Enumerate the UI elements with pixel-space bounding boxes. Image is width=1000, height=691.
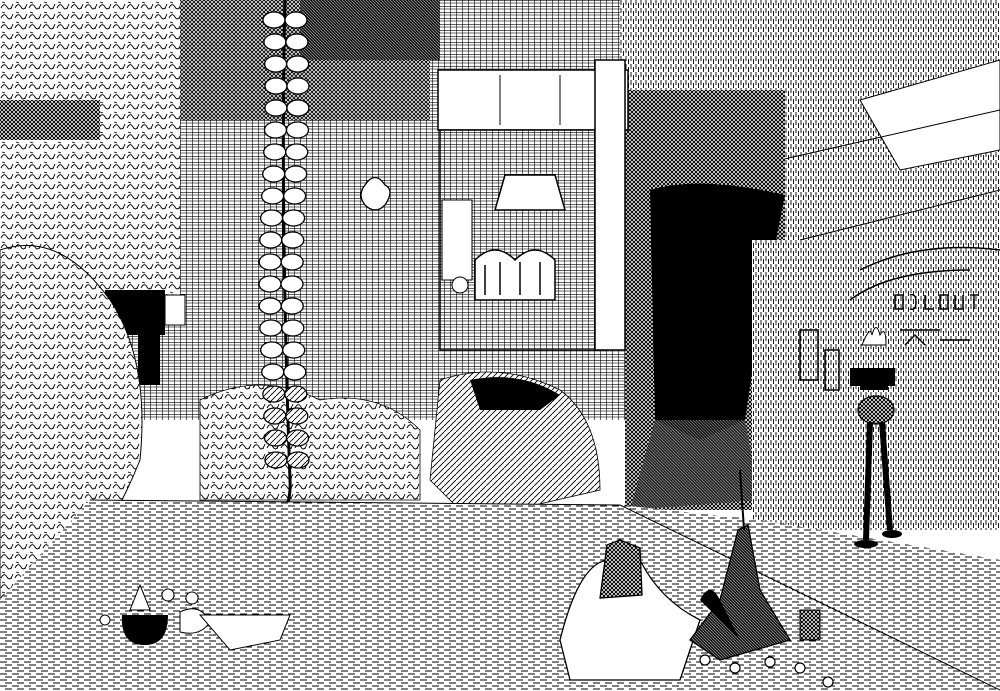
scene-illustration [0, 0, 1000, 691]
carved-shrine[interactable] [438, 60, 628, 350]
game-scene [0, 0, 1000, 691]
